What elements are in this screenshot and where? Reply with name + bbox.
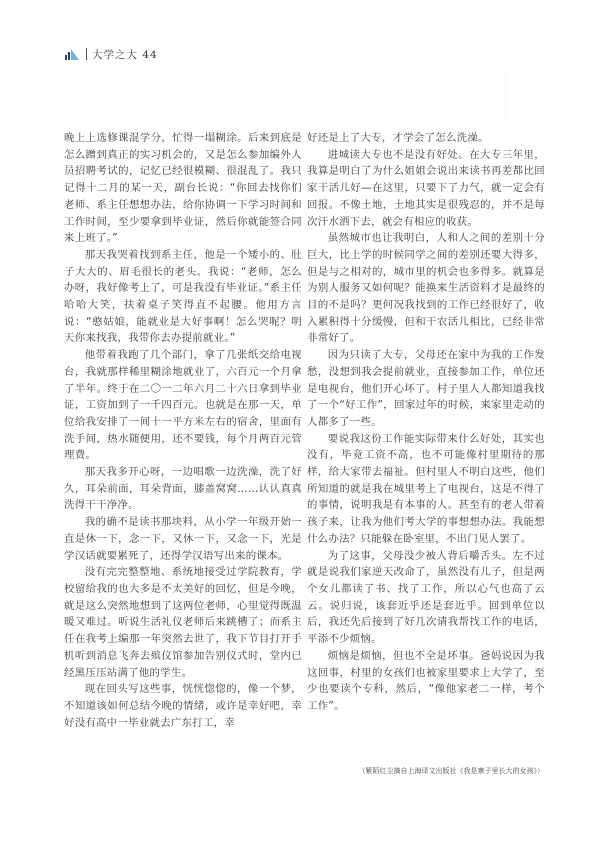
paragraph: 要说我这份工作能实际带来什么好处，其实也没有，毕竟工资不高，也不可能像村里期待的… <box>307 431 545 548</box>
page-header: 大学之大 44 <box>64 47 158 61</box>
paragraph: 我的确不是读书那块料，从小学一年级开始一直是休一下，念一下，又休一下，又念一下，… <box>64 514 302 564</box>
paragraph: 没有完完整整地、系统地接受过学院教育，学校留给我的也大多是不太美好的回忆，但是今… <box>64 564 302 681</box>
left-column: 晚上上选修课混学分，忙得一塌糊涂。后来到底是怎么蹭到真正的实习机会的，又是怎么参… <box>64 130 302 731</box>
paragraph: 因为只读了大专，父母还在家中为我的工作发愁，没想到我会提前就业，直接参加工作，单… <box>307 347 545 431</box>
paragraph: 那天我多开心呀，一边唱歌一边洗澡，洗了好久，耳朵前面，耳朵背面，膝盖窝窝……认认… <box>64 464 302 514</box>
paragraph: 晚上上选修课混学分，忙得一塌糊涂。后来到底是怎么蹭到真正的实习机会的，又是怎么参… <box>64 130 302 247</box>
sail-logo-icon <box>64 48 80 60</box>
paragraph-continuation: 好还是上了大专，才学会了怎么洗澡。 <box>307 130 545 147</box>
faint-watermark-band <box>88 65 508 120</box>
header-divider <box>86 48 87 60</box>
paragraph: 虽然城市也让我明白，人和人之间的差别十分巨大，比上学的时候同学之间的差别还要大得… <box>307 230 545 347</box>
paragraph: 为了这事，父母没少被人背后嚼舌头。左不过就是说我们家逆天改命了，虽然没有儿子，但… <box>307 548 545 648</box>
paragraph: 那天我哭着找到系主任，他是一个矮小的、肚子大大的、眉毛很长的老头。我说：“老师，… <box>64 247 302 347</box>
source-citation: （紫陌红尘摘自上海译文出版社《我是寨子里长大的女孩》） <box>334 766 544 776</box>
paragraph: 现在回头写这些事，恍恍惚惚的，像一个梦，不知道该如何总结今晚的情绪，或许是幸好吧… <box>64 681 302 731</box>
paragraph: 进城读大专也不是没有好处。在大专三年里，我算是明白了为什么姐姐会说出来读书再差都… <box>307 147 545 231</box>
paragraph: 烦恼是烦恼，但也不全是坏事。爸妈说因为我这回事，村里的女孩们也被家里要求上大学了… <box>307 648 545 715</box>
paragraph: 他带着我跑了几个部门，拿了几张纸交给电视台，我就那样稀里糊涂地就业了，六百元一个… <box>64 347 302 464</box>
right-column: 好还是上了大专，才学会了怎么洗澡。 进城读大专也不是没有好处。在大专三年里，我算… <box>307 130 545 715</box>
header-title: 大学之大 44 <box>92 47 158 62</box>
